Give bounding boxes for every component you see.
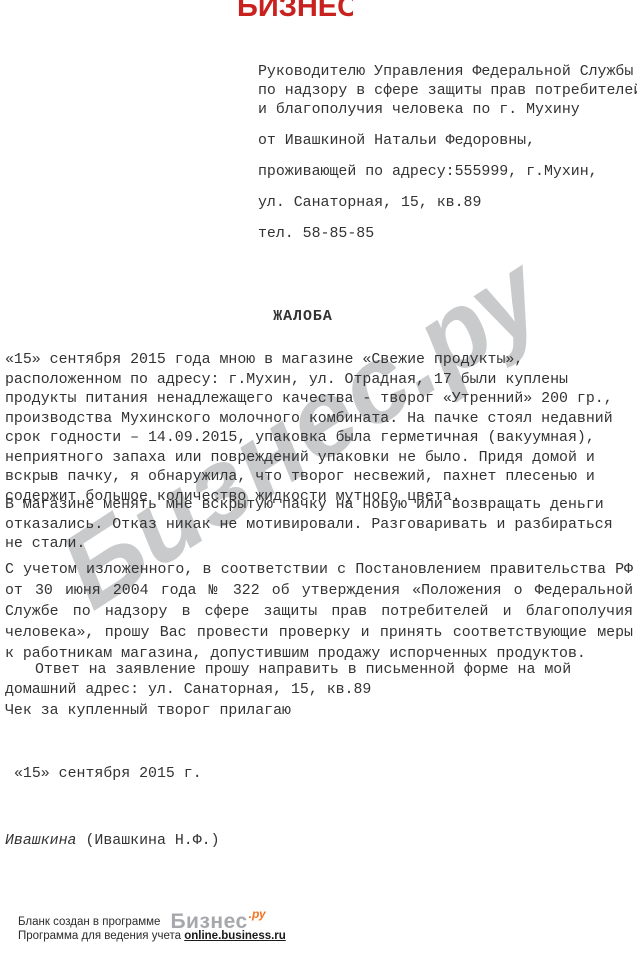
business-ru-logo: Бизнес.ру: [170, 916, 264, 928]
footer-line-1: Бланк создан в программеБизнес.ру: [18, 912, 286, 929]
footer-program-text: Программа для ведения учета: [18, 930, 184, 942]
footer-created-text: Бланк создан в программе: [18, 916, 160, 928]
paragraph-store-refusal: В магазине менять мне вскрытую пачку на …: [5, 496, 633, 555]
business-ru-logo-suffix: .ру: [249, 907, 266, 921]
complaint-document-page: Бизнес.ру БИЗНЕС Руководителю Управления…: [0, 0, 637, 960]
document-title: ЖАЛОБА: [5, 309, 633, 325]
sender-address-line-2: ул. Санаторная, 15, кв.89: [258, 194, 637, 213]
recipient-line: и благополучия человека по г. Мухину: [258, 101, 637, 120]
sender-address-line-1: проживающей по адресу:555999, г.Мухин,: [258, 163, 637, 182]
paragraph-purchase-description: «15» сентября 2015 года мною в магазине …: [5, 351, 633, 507]
sender-line: от Ивашкиной Натальи Федоровны,: [258, 132, 637, 151]
sender-phone-line: тел. 58-85-85: [258, 225, 637, 244]
paragraph-legal-request: С учетом изложенного, в соответствии с П…: [5, 560, 633, 665]
paragraph-reply-address: Ответ на заявление прошу направить в пис…: [5, 660, 633, 700]
recipient-line: по надзору в сфере защиты прав потребите…: [258, 82, 637, 101]
document-content: Руководителю Управления Федеральной Служ…: [0, 0, 637, 960]
recipient-block: Руководителю Управления Федеральной Служ…: [258, 63, 637, 244]
signature-block: Ивашкина(Ивашкина Н.Ф.): [5, 833, 220, 849]
footer: Бланк создан в программеБизнес.ру Програ…: [18, 912, 286, 946]
recipient-line: Руководителю Управления Федеральной Служ…: [258, 63, 637, 82]
top-red-watermark-text: БИЗНЕС: [237, 0, 353, 24]
date-line: «15» сентября 2015 г.: [5, 766, 202, 782]
signature-decoded: (Ивашкина Н.Ф.): [86, 833, 220, 849]
top-red-watermark: БИЗНЕС: [237, 0, 353, 25]
business-ru-logo-text: Бизнес: [170, 910, 247, 933]
paragraph-attachment-note: Чек за купленный творог прилагаю: [5, 702, 633, 722]
signature-handwritten: Ивашкина: [5, 833, 77, 849]
